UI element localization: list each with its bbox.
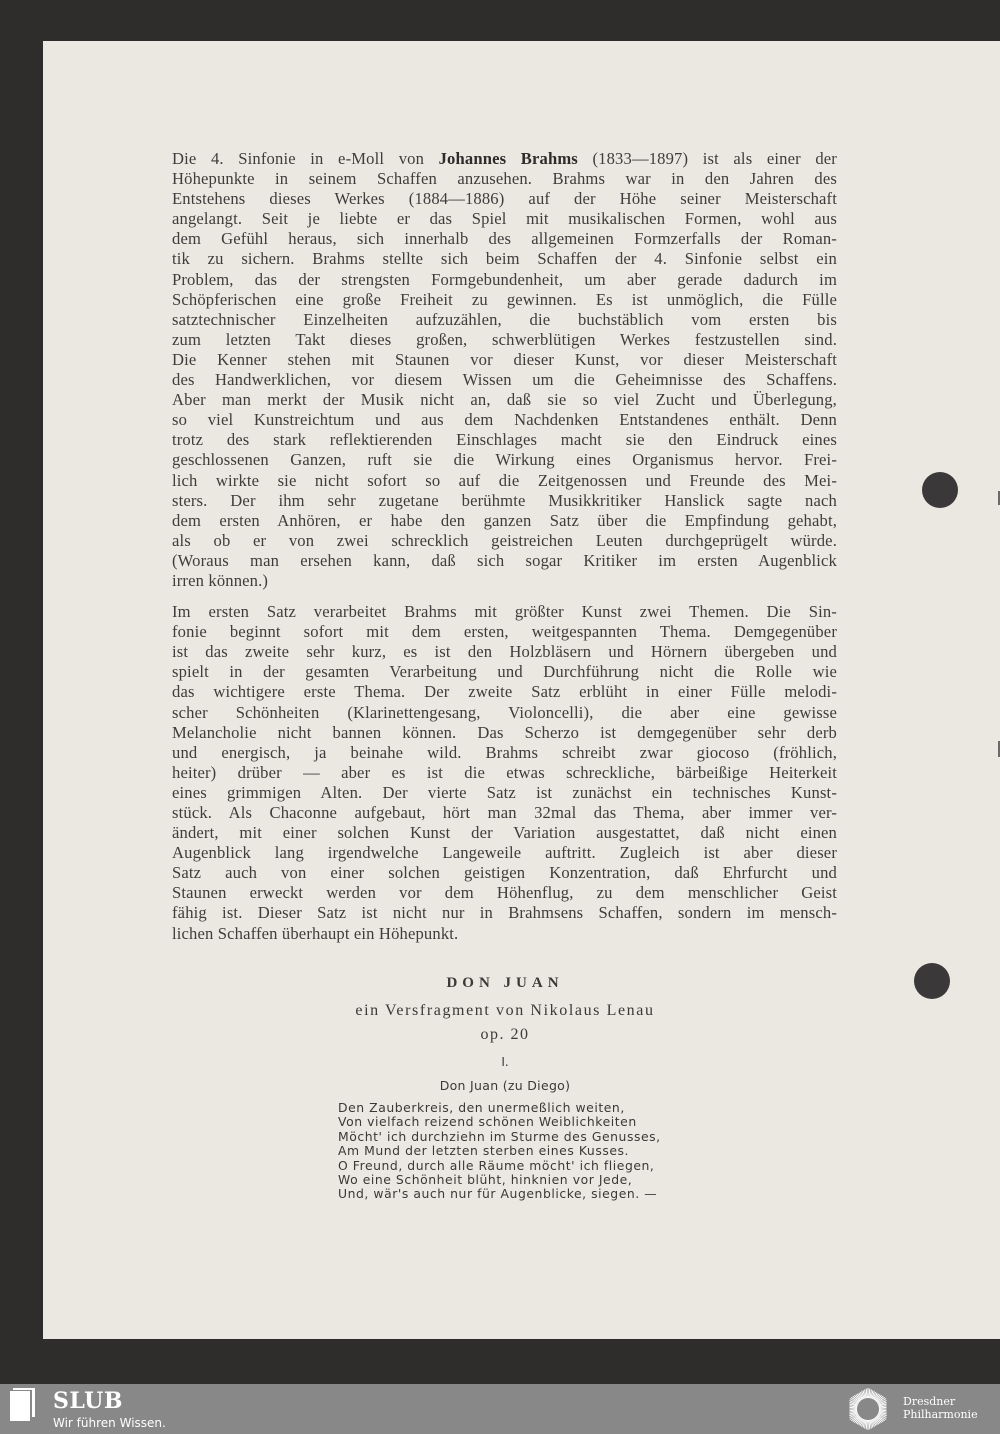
partner-name[interactable]: Dresdner Philharmonie — [903, 1395, 978, 1421]
paragraph: Die 4. Sinfonie in e-Moll von Johannes B… — [172, 149, 837, 591]
library-tagline: Wir führen Wissen. — [53, 1416, 166, 1430]
text-line: satztechnischer Einzelheiten aufzuzählen… — [172, 310, 837, 330]
text-line: des Handwerklichen, vor diesem Wissen um… — [172, 370, 837, 390]
text-run: heiter) drüber — aber es ist die etwas s… — [172, 763, 837, 782]
verse-line: Von vielfach reizend schönen Weiblichkei… — [338, 1115, 698, 1129]
text-run: sters. Der ihm sehr zugetane berühmte Mu… — [172, 491, 837, 510]
text-line: angelangt. Seit je liebte er das Spiel m… — [172, 209, 837, 229]
text-line: so viel Kunstreichtum und aus dem Nachde… — [172, 410, 837, 430]
text-line: (Woraus man ersehen kann, daß sich sogar… — [172, 551, 837, 571]
text-line: Schöpferischen eine große Freiheit zu ge… — [172, 290, 837, 310]
text-run: angelangt. Seit je liebte er das Spiel m… — [172, 209, 837, 228]
text-line: Staunen erweckt werden vor dem Höhenflug… — [172, 883, 837, 903]
text-run: (Woraus man ersehen kann, daß sich sogar… — [172, 551, 837, 570]
text-run: eines grimmigen Alten. Der vierte Satz i… — [172, 783, 837, 802]
speaker-heading: Don Juan (zu Diego) — [300, 1078, 710, 1093]
text-run: scher Schönheiten (Klarinettengesang, Vi… — [172, 703, 837, 722]
text-run: Aber man merkt der Musik nicht an, daß s… — [172, 390, 837, 409]
text-line: lich wirkte sie nicht sofort so auf die … — [172, 471, 837, 491]
text-line: Melancholie nicht bannen können. Das Sch… — [172, 723, 837, 743]
text-line: sters. Der ihm sehr zugetane berühmte Mu… — [172, 491, 837, 511]
text-line: geschlossenen Ganzen, ruft sie die Wirku… — [172, 450, 837, 470]
brahms-commentary: Die 4. Sinfonie in e-Moll von Johannes B… — [172, 149, 837, 944]
text-line: Entstehens dieses Werkes (1884—1886) auf… — [172, 189, 837, 209]
text-line: Problem, das der strengsten Formgebunden… — [172, 270, 837, 290]
text-line: Die Kenner stehen mit Staunen vor dieser… — [172, 350, 837, 370]
text-run: lichen Schaffen überhaupt ein Höhepunkt. — [172, 924, 458, 943]
text-line: ändert, mit einer solchen Kunst der Vari… — [172, 823, 837, 843]
library-name[interactable]: SLUB — [53, 1388, 123, 1414]
text-run: fonie beginnt sofort mit dem ersten, wei… — [172, 622, 837, 641]
text-run: trotz des stark reflektierenden Einschla… — [172, 430, 837, 449]
text-line: spielt in der gesamten Verarbeitung und … — [172, 662, 837, 682]
text-line: dem Gefühl heraus, sich innerhalb des al… — [172, 229, 837, 249]
verse-block: Den Zauberkreis, den unermeßlich weiten,… — [338, 1101, 698, 1202]
partner-name-line: Philharmonie — [903, 1408, 978, 1421]
text-run: Problem, das der strengsten Formgebunden… — [172, 270, 837, 289]
text-run: des Handwerklichen, vor diesem Wissen um… — [172, 370, 837, 389]
poem-subtitle: ein Versfragment von Nikolaus Lenau — [300, 1002, 710, 1020]
verse-line: Den Zauberkreis, den unermeßlich weiten, — [338, 1101, 698, 1115]
text-run: als ob er von zwei schrecklich geistreic… — [172, 531, 837, 550]
paragraph: Im ersten Satz verarbeitet Brahms mit gr… — [172, 602, 837, 944]
text-line: Aber man merkt der Musik nicht an, daß s… — [172, 390, 837, 410]
text-run: stück. Als Chaconne aufgebaut, hört man … — [172, 803, 837, 822]
text-line: fähig ist. Dieser Satz ist nicht nur in … — [172, 903, 837, 923]
text-line: als ob er von zwei schrecklich geistreic… — [172, 531, 837, 551]
text-run: Höhepunkte in seinem Schaffen anzusehen.… — [172, 169, 837, 188]
text-line: stück. Als Chaconne aufgebaut, hört man … — [172, 803, 837, 823]
text-line: das wichtigere erste Thema. Der zweite S… — [172, 682, 837, 702]
text-run: fähig ist. Dieser Satz ist nicht nur in … — [172, 903, 837, 922]
text-run: (1833—1897) ist als einer der — [578, 149, 837, 168]
text-line: dem ersten Anhören, er habe den ganzen S… — [172, 511, 837, 531]
opus-number: op. 20 — [300, 1026, 710, 1044]
text-line: lichen Schaffen überhaupt ein Höhepunkt. — [172, 924, 837, 944]
text-line: Satz auch von einer solchen geistigen Ko… — [172, 863, 837, 883]
text-run: so viel Kunstreichtum und aus dem Nachde… — [172, 410, 837, 429]
text-line: ist das zweite sehr kurz, es ist den Hol… — [172, 642, 837, 662]
text-run: das wichtigere erste Thema. Der zweite S… — [172, 682, 837, 701]
text-run: dem Gefühl heraus, sich innerhalb des al… — [172, 229, 837, 248]
text-line: fonie beginnt sofort mit dem ersten, wei… — [172, 622, 837, 642]
verse-line: Und, wär's auch nur für Augenblicke, sie… — [338, 1187, 698, 1201]
text-run: spielt in der gesamten Verarbeitung und … — [172, 662, 837, 681]
section-number: I. — [300, 1055, 710, 1069]
text-run: ist das zweite sehr kurz, es ist den Hol… — [172, 642, 837, 661]
text-line: Im ersten Satz verarbeitet Brahms mit gr… — [172, 602, 837, 622]
text-line: heiter) drüber — aber es ist die etwas s… — [172, 763, 837, 783]
text-line: trotz des stark reflektierenden Einschla… — [172, 430, 837, 450]
punch-hole-icon — [914, 963, 950, 999]
text-line: zum letzten Takt dieses großen, schwerbl… — [172, 330, 837, 350]
text-run: Augenblick lang irgendwelche Langeweile … — [172, 843, 837, 862]
text-line: Augenblick lang irgendwelche Langeweile … — [172, 843, 837, 863]
text-run: Die 4. Sinfonie in e-Moll von — [172, 149, 439, 168]
verse-line: Möcht' ich durchziehn im Sturme des Genu… — [338, 1130, 698, 1144]
footer-bar: SLUB Wir führen Wissen. Dresdner Philhar… — [0, 1384, 1000, 1434]
text-line: tik zu sichern. Brahms stellte sich beim… — [172, 249, 837, 269]
text-run: ändert, mit einer solchen Kunst der Vari… — [172, 823, 837, 842]
text-run: Satz auch von einer solchen geistigen Ko… — [172, 863, 837, 882]
text-run: zum letzten Takt dieses großen, schwerbl… — [172, 330, 837, 349]
partner-name-line: Dresdner — [903, 1395, 978, 1408]
text-line: eines grimmigen Alten. Der vierte Satz i… — [172, 783, 837, 803]
text-run: tik zu sichern. Brahms stellte sich beim… — [172, 249, 837, 268]
sunburst-logo-icon[interactable] — [843, 1386, 893, 1432]
text-run: geschlossenen Ganzen, ruft sie die Wirku… — [172, 450, 837, 469]
verse-line: Am Mund der letzten sterben eines Kusses… — [338, 1144, 698, 1158]
text-run: Staunen erweckt werden vor dem Höhenflug… — [172, 883, 837, 902]
text-line: scher Schönheiten (Klarinettengesang, Vi… — [172, 703, 837, 723]
poem-title: DON JUAN — [300, 975, 710, 992]
text-run: dem ersten Anhören, er habe den ganzen S… — [172, 511, 837, 530]
text-run: Schöpferischen eine große Freiheit zu ge… — [172, 290, 837, 309]
text-run: Im ersten Satz verarbeitet Brahms mit gr… — [172, 602, 837, 621]
text-run: Die Kenner stehen mit Staunen vor dieser… — [172, 350, 837, 369]
text-line: und energisch, ja beinahe wild. Brahms s… — [172, 743, 837, 763]
composer-name: Johannes Brahms — [439, 149, 578, 168]
text-run: Entstehens dieses Werkes (1884—1886) auf… — [172, 189, 837, 208]
text-run: und energisch, ja beinahe wild. Brahms s… — [172, 743, 837, 762]
text-line: Höhepunkte in seinem Schaffen anzusehen.… — [172, 169, 837, 189]
verse-line: O Freund, durch alle Räume möcht' ich fl… — [338, 1159, 698, 1173]
verse-line: Wo eine Schönheit blüht, hinknien vor Je… — [338, 1173, 698, 1187]
text-line: Die 4. Sinfonie in e-Moll von Johannes B… — [172, 149, 837, 169]
text-line: irren können.) — [172, 571, 837, 591]
punch-hole-icon — [922, 472, 958, 508]
book-icon — [8, 1387, 40, 1423]
text-run: Melancholie nicht bannen können. Das Sch… — [172, 723, 837, 742]
text-run: satztechnischer Einzelheiten aufzuzählen… — [172, 310, 837, 329]
text-run: irren können.) — [172, 571, 268, 590]
text-run: lich wirkte sie nicht sofort so auf die … — [172, 471, 837, 490]
